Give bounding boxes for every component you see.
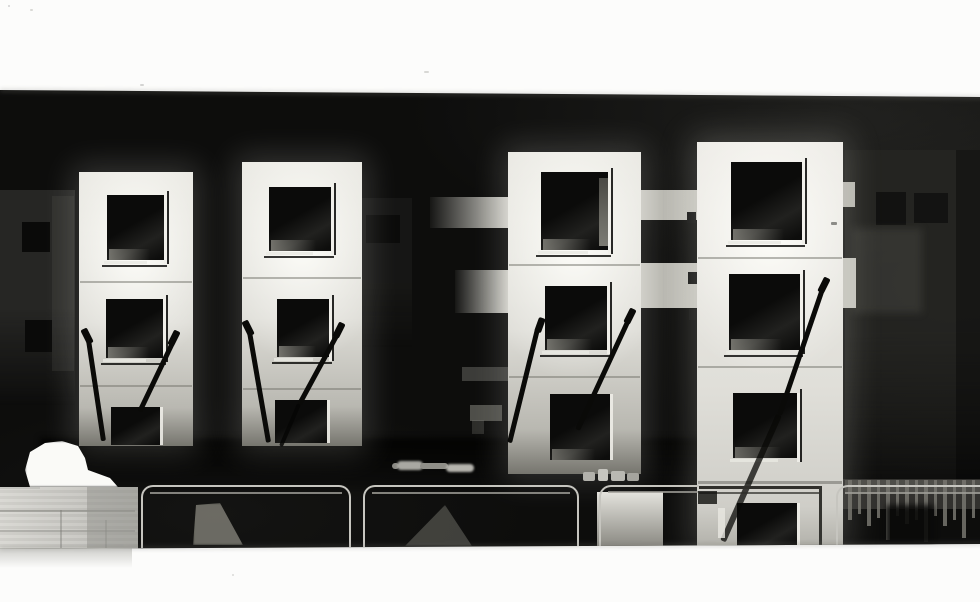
window-frame-dark	[264, 256, 334, 258]
crowd-barrier	[836, 485, 980, 548]
debris-highlight	[420, 463, 448, 469]
floor-slab-dim	[462, 367, 510, 381]
floor-slab-tab	[843, 182, 855, 207]
panel-pockmark	[831, 222, 837, 225]
debris-highlight	[611, 471, 625, 481]
barrier-rail-dark-over-panel	[699, 492, 821, 494]
window-frame-dark	[610, 282, 612, 354]
bg-window	[876, 192, 906, 225]
window-frame-dark	[102, 265, 167, 267]
window-frame-dark	[536, 255, 611, 257]
barrier-inner-rail	[608, 491, 699, 493]
window-opening	[111, 407, 160, 445]
paper-speck	[140, 84, 144, 86]
window-frame-dark	[611, 168, 613, 254]
bg-building-left-litcolumn	[52, 196, 74, 371]
window-frame-dark	[332, 295, 334, 361]
floor-slab	[641, 263, 697, 308]
window-sill-light	[733, 229, 784, 240]
window-sill-light	[108, 347, 149, 358]
window-sill-light	[109, 249, 150, 260]
bg-window	[914, 193, 948, 223]
floor-slab-tab	[843, 258, 856, 308]
window-frame-bright	[538, 251, 588, 254]
window-frame-dark	[726, 245, 805, 247]
barrier-inner-rail	[372, 492, 570, 494]
window-frame-bright	[104, 261, 147, 264]
window-frame-bright	[266, 252, 313, 255]
floor-slab-dim	[470, 405, 502, 421]
paper-speck	[30, 9, 33, 11]
window-frame-dark	[540, 355, 610, 357]
panel-joint	[509, 264, 640, 266]
debris-highlight	[446, 464, 474, 472]
window-sill-light	[731, 339, 782, 350]
barrier-post-dark	[819, 486, 822, 546]
debris-highlight	[583, 472, 595, 481]
window-frame-bright	[274, 358, 313, 361]
panel-streak-bright	[718, 508, 725, 538]
window-frame-bright	[327, 400, 330, 443]
floor-slab	[455, 270, 510, 313]
crowd-barrier	[599, 485, 699, 547]
panel-joint	[698, 366, 842, 368]
barrier-inner-rail	[845, 492, 980, 494]
barrier-inner-rail	[150, 492, 342, 494]
bg-building-right-shade	[956, 150, 980, 480]
paper-speck	[424, 71, 429, 73]
rubble-joint-line	[60, 510, 62, 548]
window-sill-light	[543, 239, 591, 250]
window-frame-bright	[728, 241, 781, 244]
crowd-barrier	[363, 485, 579, 548]
panel-joint	[80, 281, 192, 283]
panel-joint	[698, 481, 842, 484]
window-opening	[737, 503, 797, 547]
window-sill-light	[271, 240, 316, 251]
artwork-canvas: Monochrome etching-style artwork: four b…	[0, 0, 980, 602]
barrier-rail-dark-over-panel	[699, 486, 821, 489]
window-sill-light	[279, 346, 316, 357]
window-reveal-light	[599, 178, 608, 246]
window-frame-bright	[726, 351, 779, 354]
window-sill-light	[552, 449, 595, 460]
crowd-barrier	[141, 485, 351, 548]
paper-speck	[8, 5, 10, 7]
bg-building-right-glow	[852, 228, 922, 313]
debris-highlight	[627, 473, 639, 481]
floor-slab	[430, 197, 510, 228]
panel-joint	[698, 257, 842, 259]
window-frame-dark	[167, 191, 169, 264]
window-frame-dark	[800, 389, 802, 462]
window-frame-bright	[610, 394, 613, 460]
window-frame-dark	[805, 158, 807, 244]
paper-speck	[232, 574, 234, 576]
window-sill-light	[547, 339, 592, 350]
slab-notch	[689, 309, 697, 320]
bg-window	[22, 222, 50, 252]
slab-notch	[687, 212, 696, 223]
artwork-description: Monochrome etching-style artwork: four b…	[0, 0, 1, 1]
panel-joint	[509, 376, 640, 378]
debris-highlight	[598, 469, 608, 481]
slab-notch	[688, 272, 697, 284]
window-frame-dark	[101, 363, 166, 365]
rubble-shaded-column	[87, 487, 138, 548]
window-frame-bright	[797, 503, 800, 547]
panel-joint	[243, 277, 361, 279]
window-frame-dark	[334, 183, 336, 255]
bg-window	[25, 320, 52, 352]
rail-hint-left	[0, 487, 40, 489]
floor-slab-streak	[472, 420, 484, 434]
window-frame-bright	[542, 351, 589, 354]
window-frame-dark	[724, 355, 803, 357]
window-frame-bright	[103, 359, 146, 362]
bg-window	[366, 215, 400, 243]
gray-smudge-bottom-left	[0, 548, 132, 568]
window-frame-bright	[160, 407, 163, 445]
panel-notch-dark	[698, 491, 717, 504]
